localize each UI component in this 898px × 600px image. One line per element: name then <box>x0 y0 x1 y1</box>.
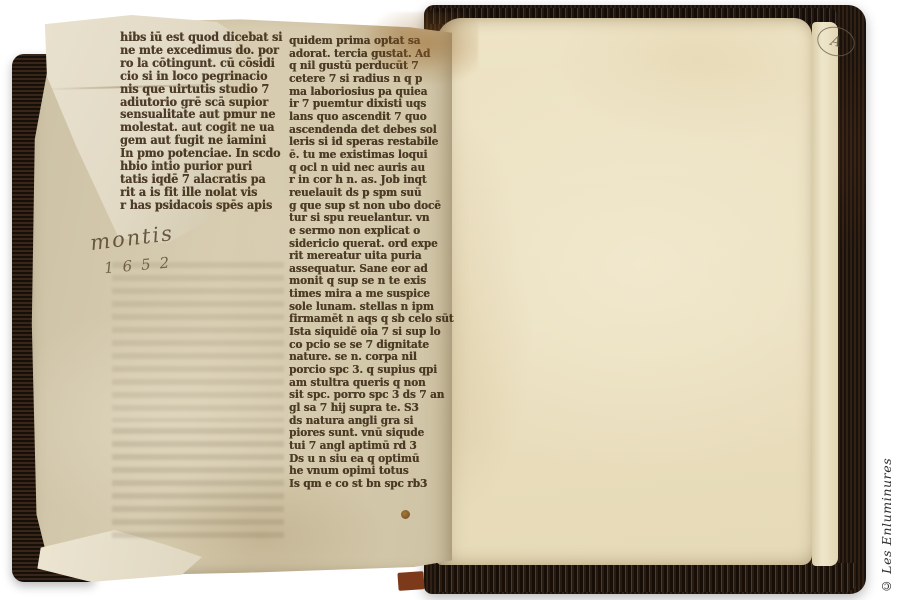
manuscript-text-line: he vnum opimi totus <box>289 465 465 478</box>
manuscript-text-line: q nil gustū perducūt 7 <box>289 60 465 73</box>
manuscript-text-line: lans quo ascendit 7 quo <box>289 111 465 124</box>
flyleaf-fore-edge <box>812 22 838 566</box>
manuscript-text-line: cetere 7 si radius n q p <box>289 73 465 86</box>
faded-text-region-upper <box>112 262 284 422</box>
manuscript-text-line: gl sa 7 hij supra te. S3 <box>289 402 465 415</box>
manuscript-text-line: r in cor h n. as. Job inqt <box>289 174 465 187</box>
copyright-credit: © Les Enluminures <box>879 404 894 594</box>
manuscript-text-line: leris si id speras restabile <box>289 136 465 149</box>
manuscript-text-line: ds natura angli gra si <box>289 414 465 427</box>
manuscript-text-line: ē. tu me existimas loqui <box>289 149 465 162</box>
manuscript-text-line: piores sunt. vnū siqude <box>289 427 465 440</box>
manuscript-text-line: assequatur. Sane eor ad <box>289 263 465 276</box>
manuscript-text-line: sole lunam. stellas n ipm <box>289 301 465 314</box>
manuscript-photo: hibs iū est quod dicebat sine mte excedi… <box>0 0 898 600</box>
text-column-right: quidem prima optat saadorat. tercia gust… <box>289 35 465 491</box>
manuscript-text-line: monit q sup se n te exis <box>289 275 465 288</box>
manuscript-text-line: e sermo non explicat o <box>289 225 465 238</box>
manuscript-text-line: adorat. tercia gustat. Ad <box>289 47 465 60</box>
manuscript-text-line: am stultra queris q non <box>289 376 465 389</box>
gutter-leather-wedge <box>397 571 424 591</box>
manuscript-text-line: Ds u n siu ea q optimū <box>289 452 465 465</box>
ink-spot <box>401 510 410 519</box>
manuscript-text-line: reuelauit ds p spm suū <box>289 187 465 200</box>
text-column-left: hibs iū est quod dicebat sine mte excedi… <box>120 31 292 212</box>
manuscript-text-line: Is qm e co st bn spc rb3 <box>289 478 465 491</box>
manuscript-text-line: ascendenda det debes sol <box>289 123 465 136</box>
faded-text-region-lower <box>112 428 284 540</box>
manuscript-text-line: sidericio querat. ord expe <box>289 237 465 250</box>
pencil-shelfmark-letter: A <box>829 33 843 51</box>
manuscript-text-line: rit mereatur uita puria <box>289 250 465 263</box>
manuscript-text-line: tui 7 angl aptimū rd 3 <box>289 440 465 453</box>
manuscript-text-line: times mira a me suspice <box>289 288 465 301</box>
manuscript-text-line: g que sup st non ubo docē <box>289 199 465 212</box>
manuscript-text-line: quidem prima optat sa <box>289 35 465 48</box>
manuscript-text-line: ir 7 puemtur dixisti uqs <box>289 98 465 111</box>
manuscript-text-line: Ista siquidē oia 7 si sup lo <box>289 326 465 339</box>
manuscript-text-line: tur si spu reuelantur. vn <box>289 212 465 225</box>
manuscript-text-line: nature. se n. corpa nil <box>289 351 465 364</box>
manuscript-text-line: q ocl n uid nec auris au <box>289 161 465 174</box>
manuscript-text-line: sit spc. porro spc 3 ds 7 an <box>289 389 465 402</box>
manuscript-text-line: co pcio se se 7 dignitate <box>289 338 465 351</box>
manuscript-text-line: r has psidacois spēs apis <box>120 199 292 212</box>
manuscript-text-line: firmamēt n aqs q sb celo sūt <box>289 313 465 326</box>
manuscript-text-line: porcio spc 3. q supius qpi <box>289 364 465 377</box>
manuscript-text-line: ma laboriosius pa quiea <box>289 85 465 98</box>
right-blank-page <box>436 18 812 565</box>
textblock-bottom-edge <box>436 563 857 592</box>
